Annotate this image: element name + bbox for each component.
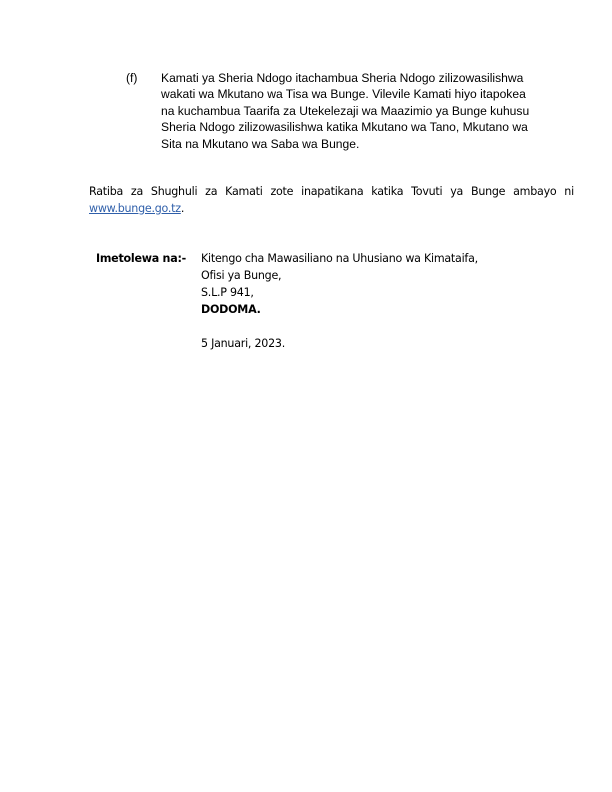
paragraph-line: wakati wa Mkutano wa Tisa wa Bunge. Vile…	[161, 86, 536, 102]
address-line: S.L.P 941,	[201, 284, 478, 301]
paragraph-line: na kuchambua Taarifa za Utekelezaji wa M…	[161, 103, 536, 119]
website-link[interactable]: www.bunge.go.tz	[89, 202, 181, 215]
schedule-link-line: www.bunge.go.tz.	[89, 201, 542, 218]
schedule-text-line: Ratiba za Shughuli za Kamati zote inapat…	[89, 184, 542, 201]
issue-date: 5 Januari, 2023.	[201, 335, 478, 352]
schedule-text: Ratiba za Shughuli za Kamati zote inapat…	[89, 185, 574, 198]
paragraph-line: Kamati ya Sheria Ndogo itachambua Sheria…	[161, 70, 536, 86]
address-line: Ofisi ya Bunge,	[201, 267, 478, 284]
list-item-text: Kamati ya Sheria Ndogo itachambua Sheria…	[161, 70, 536, 152]
document-page: (f) Kamati ya Sheria Ndogo itachambua Sh…	[0, 0, 612, 792]
address-line: Kitengo cha Mawasiliano na Uhusiano wa K…	[201, 250, 478, 267]
link-suffix: .	[181, 202, 184, 215]
list-marker: (f)	[126, 70, 137, 86]
issuer-address: Kitengo cha Mawasiliano na Uhusiano wa K…	[201, 250, 478, 352]
address-city: DODOMA.	[201, 301, 478, 318]
schedule-paragraph: Ratiba za Shughuli za Kamati zote inapat…	[89, 184, 542, 217]
issued-by-label: Imetolewa na:-	[96, 250, 186, 267]
paragraph-line: Sita na Mkutano wa Saba wa Bunge.	[161, 136, 536, 152]
paragraph-line: Sheria Ndogo zilizowasilishwa katika Mku…	[161, 119, 536, 135]
